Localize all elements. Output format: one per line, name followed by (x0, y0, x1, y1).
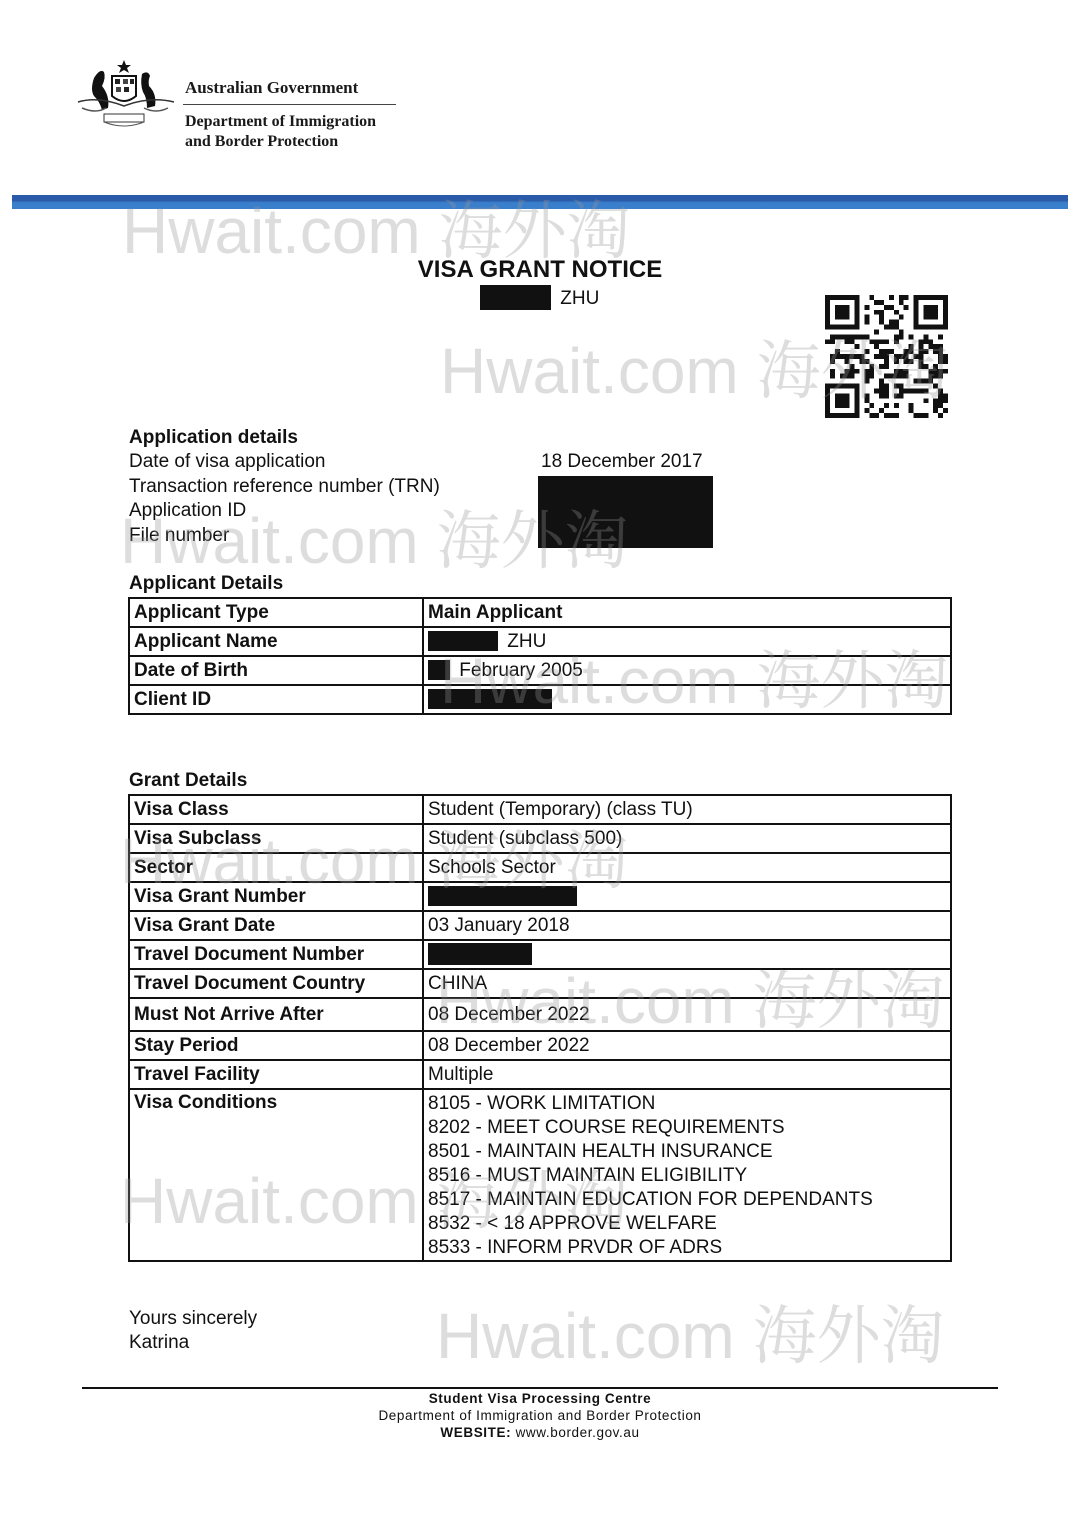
label-trn: Transaction reference number (TRN) (129, 475, 440, 500)
department-line-2: and Border Protection (185, 132, 376, 152)
redaction-block (428, 660, 450, 680)
stay-period-value: 08 December 2022 (423, 1031, 951, 1060)
applicant-details-heading: Applicant Details (129, 573, 283, 595)
travel-facility-label: Travel Facility (129, 1060, 423, 1089)
grant-details-table: Visa ClassStudent (Temporary) (class TU)… (128, 794, 952, 1262)
table-row: Date of Birth February 2005 (129, 656, 951, 685)
applicant-type-value: Main Applicant (423, 598, 951, 627)
visa-conditions-list: 8105 - WORK LIMITATION 8202 - MEET COURS… (423, 1089, 951, 1261)
qr-code-icon (824, 295, 949, 418)
condition-item: 8533 - INFORM PRVDR OF ADRS (428, 1236, 946, 1260)
travel-facility-value: Multiple (423, 1060, 951, 1089)
visa-grant-date-value: 03 January 2018 (423, 911, 951, 940)
redaction-block (480, 285, 551, 310)
table-row: Must Not Arrive After08 December 2022 (129, 998, 951, 1031)
applicant-name-heading: ZHU (480, 285, 599, 310)
applicant-name-value: ZHU (423, 627, 951, 656)
page-title: VISA GRANT NOTICE (0, 256, 1080, 284)
date-of-birth-text: February 2005 (459, 660, 583, 681)
header-blue-bar (12, 195, 1068, 209)
must-not-arrive-after-value: 08 December 2022 (423, 998, 951, 1031)
government-name: Australian Government (185, 78, 358, 98)
table-row: Visa ClassStudent (Temporary) (class TU) (129, 795, 951, 824)
watermark: Hwait.com 海外淘 (436, 1285, 945, 1377)
must-not-arrive-after-label: Must Not Arrive After (129, 998, 423, 1031)
sector-label: Sector (129, 853, 423, 882)
footer-website-line: WEBSITE: www.border.gov.au (0, 1424, 1080, 1441)
table-row: Applicant Name ZHU (129, 627, 951, 656)
website-link[interactable]: www.border.gov.au (516, 1425, 640, 1440)
date-of-birth-label: Date of Birth (129, 656, 423, 685)
applicant-name-label: Applicant Name (129, 627, 423, 656)
condition-item: 8501 - MAINTAIN HEALTH INSURANCE (428, 1140, 946, 1164)
footer-centre: Student Visa Processing Centre (0, 1390, 1080, 1407)
condition-item: 8516 - MUST MAINTAIN ELIGIBILITY (428, 1164, 946, 1188)
travel-document-number-value (423, 940, 951, 969)
condition-item: 8532 - < 18 APPROVE WELFARE (428, 1212, 946, 1236)
table-row: Client ID (129, 685, 951, 714)
table-row: SectorSchools Sector (129, 853, 951, 882)
website-label: WEBSITE: (440, 1425, 511, 1440)
table-row: Visa Grant Date03 January 2018 (129, 911, 951, 940)
footer: Student Visa Processing Centre Departmen… (0, 1390, 1080, 1441)
redaction-block (428, 631, 498, 651)
redaction-block (538, 476, 713, 548)
visa-grant-date-label: Visa Grant Date (129, 911, 423, 940)
date-of-birth-value: February 2005 (423, 656, 951, 685)
table-row: Visa Grant Number (129, 882, 951, 911)
sector-value: Schools Sector (423, 853, 951, 882)
table-row: Visa Conditions 8105 - WORK LIMITATION 8… (129, 1089, 951, 1261)
condition-item: 8202 - MEET COURSE REQUIREMENTS (428, 1116, 946, 1140)
value-date-of-application: 18 December 2017 (541, 450, 703, 475)
condition-item: 8105 - WORK LIMITATION (428, 1092, 946, 1116)
applicant-details-table: Applicant Type Main Applicant Applicant … (128, 597, 952, 715)
redaction-block (428, 943, 532, 965)
signatory: Katrina (129, 1331, 257, 1355)
visa-class-value: Student (Temporary) (class TU) (423, 795, 951, 824)
grant-details-heading: Grant Details (129, 770, 247, 792)
table-row: Travel Document CountryCHINA (129, 969, 951, 998)
client-id-value (423, 685, 951, 714)
travel-document-country-value: CHINA (423, 969, 951, 998)
visa-conditions-label: Visa Conditions (129, 1089, 423, 1261)
client-id-label: Client ID (129, 685, 423, 714)
applicant-surname: ZHU (560, 288, 599, 309)
salutation: Yours sincerely (129, 1307, 257, 1331)
label-date-of-application: Date of visa application (129, 450, 440, 475)
table-row: Visa SubclassStudent (subclass 500) (129, 824, 951, 853)
coat-of-arms-logo (74, 58, 178, 134)
redaction-block (428, 886, 577, 906)
applicant-surname: ZHU (507, 631, 546, 652)
redaction-block (428, 689, 552, 709)
visa-subclass-label: Visa Subclass (129, 824, 423, 853)
table-row: Stay Period08 December 2022 (129, 1031, 951, 1060)
condition-item: 8517 - MAINTAIN EDUCATION FOR DEPENDANTS (428, 1188, 946, 1212)
footer-divider (82, 1387, 998, 1389)
applicant-type-label: Applicant Type (129, 598, 423, 627)
application-details-labels: Date of visa application Transaction ref… (129, 450, 440, 548)
table-row: Travel Document Number (129, 940, 951, 969)
table-row: Travel FacilityMultiple (129, 1060, 951, 1089)
header-divider (183, 104, 396, 105)
closing: Yours sincerely Katrina (129, 1307, 257, 1355)
travel-document-number-label: Travel Document Number (129, 940, 423, 969)
travel-document-country-label: Travel Document Country (129, 969, 423, 998)
department-name: Department of Immigration and Border Pro… (185, 112, 376, 152)
visa-subclass-value: Student (subclass 500) (423, 824, 951, 853)
visa-grant-number-value (423, 882, 951, 911)
label-application-id: Application ID (129, 499, 440, 524)
application-details-heading: Application details (129, 427, 298, 449)
stay-period-label: Stay Period (129, 1031, 423, 1060)
table-row: Applicant Type Main Applicant (129, 598, 951, 627)
label-file-number: File number (129, 524, 440, 549)
visa-class-label: Visa Class (129, 795, 423, 824)
department-line-1: Department of Immigration (185, 112, 376, 132)
footer-department: Department of Immigration and Border Pro… (0, 1407, 1080, 1424)
visa-grant-number-label: Visa Grant Number (129, 882, 423, 911)
